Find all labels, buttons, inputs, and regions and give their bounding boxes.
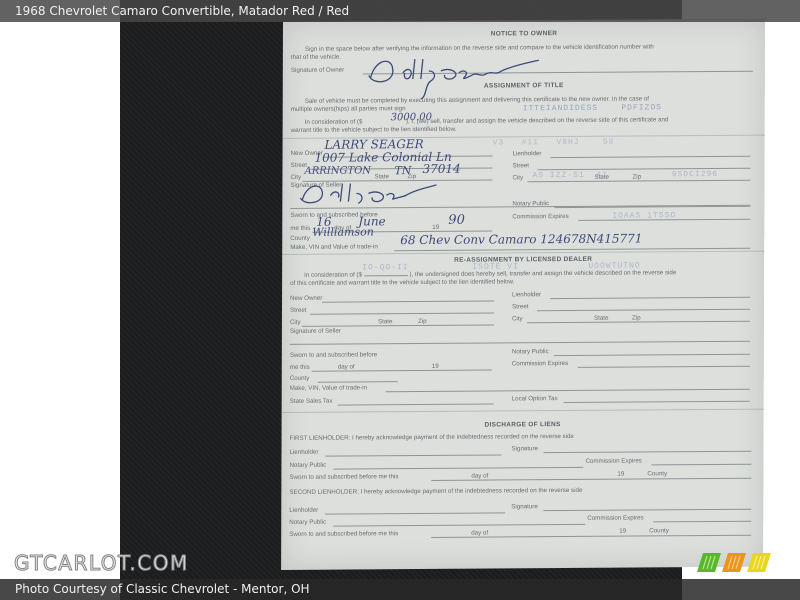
ink-stamp-3: AS IZZ-S1 A1 9SDCI296 (532, 170, 718, 180)
second-lienholder-line (325, 512, 505, 514)
second-sworn-label: Sworn to and subscribed before me this (289, 530, 398, 538)
first-sworn-label: Sworn to and subscribed before me this (289, 473, 398, 481)
reassignment-text-2: of this certificate and warrant title to… (290, 278, 514, 287)
re-local-tax-label: Local Option Tax (512, 395, 558, 402)
re-lien-zip-label: Zip (632, 314, 641, 321)
zip-value: 37014 (422, 162, 460, 176)
discharge-title: DISCHARGE OF LIENS (282, 420, 764, 430)
paper-fold (282, 409, 764, 413)
lien-city-label: City (512, 174, 523, 181)
ink-stamp-4: IOAAS 1TSSO (612, 211, 676, 220)
page-title: 1968 Chevrolet Camaro Convertible, Matad… (15, 4, 349, 18)
first-notary-line (333, 467, 583, 470)
re-seller-signature-line (290, 341, 750, 345)
reassignment-text-1: In consideration of ($ ), the undersigne… (304, 269, 676, 279)
re-sworn-label: Sworn to and subscribed before (290, 351, 377, 359)
re-county-label: County (290, 375, 310, 382)
credit-bar: Photo Courtesy of Classic Chevrolet - Me… (0, 579, 800, 600)
assignment-text-4: warrant title to the vehicle subject to … (291, 126, 457, 134)
re-lienholder-line (550, 297, 750, 299)
second-signature-line (543, 509, 751, 511)
re-new-owner-label: New Owner (290, 295, 322, 302)
document-photo: NOTICE TO OWNER Sign in the space below … (120, 0, 682, 600)
commission-label: Commission Expires (512, 213, 568, 220)
site-logo-icon (697, 553, 773, 572)
lien-city-line (527, 180, 750, 183)
first-signature-line (544, 451, 752, 453)
first-lienholder-text: FIRST LIENHOLDER: I hereby acknowledge p… (290, 433, 574, 442)
make-vin-label: Make, VIN and Value of trade-in (290, 243, 378, 251)
second-commission-label: Commission Expires (587, 514, 643, 521)
first-county-label: County (647, 470, 667, 477)
owner-signature-handwriting (363, 48, 543, 99)
second-lienholder-label: Lienholder (289, 507, 318, 514)
re-city-label: City (290, 319, 301, 326)
re-lien-city-line (527, 321, 750, 324)
lienholder-label: Lienholder (513, 150, 542, 157)
first-commission-label: Commission Expires (585, 457, 641, 464)
lien-street-label: Street (512, 162, 529, 169)
second-notary-line (333, 524, 585, 527)
re-signature-of-seller-label: Signature of Seller (290, 328, 341, 335)
seller-signature-handwriting (296, 179, 476, 210)
first-year-prefix-label: 19 (617, 471, 624, 478)
re-lien-street-label: Street (512, 303, 529, 310)
second-county-label: County (649, 527, 669, 534)
first-commission-line (651, 464, 751, 466)
second-lienholder-text: SECOND LIENHOLDER: I hereby acknowledge … (289, 487, 582, 496)
notary-line (554, 206, 750, 208)
re-me-this-label: me this (290, 364, 310, 371)
second-commission-line (653, 521, 751, 523)
re-commission-line (578, 366, 750, 368)
re-make-vin-label: Make, VIN, Value of trade-in (290, 384, 367, 392)
county-value: Williamson (312, 225, 374, 238)
first-lienholder-line (325, 454, 501, 456)
re-local-tax-line (564, 401, 750, 403)
notice-text-2: that of the vehicle. (291, 54, 341, 61)
re-lien-street-line (537, 309, 750, 311)
re-lien-city-label: City (512, 315, 523, 322)
city-value: ARRINGTON (304, 165, 371, 176)
re-state-tax-line (338, 404, 494, 406)
notary-label: Notary Public (512, 200, 549, 207)
re-new-owner-line (322, 301, 494, 303)
re-commission-label: Commission Expires (512, 360, 568, 367)
photo-credit: Photo Courtesy of Classic Chevrolet - Me… (15, 582, 310, 596)
first-lienholder-label: Lienholder (289, 449, 318, 456)
county-label: County (290, 235, 310, 242)
re-county-line (318, 381, 398, 383)
first-notary-label: Notary Public (289, 462, 326, 469)
re-street-label: Street (290, 307, 307, 314)
second-signature-label: Signature (511, 503, 538, 510)
re-state-tax-label: State Sales Tax (290, 398, 333, 405)
second-notary-label: Notary Public (289, 519, 326, 526)
me-this-label: me this (290, 225, 310, 232)
second-year-prefix-label: 19 (619, 528, 626, 535)
year-prefix-label: 19 (432, 224, 439, 231)
lienholder-line (551, 156, 751, 158)
re-make-vin-line (386, 389, 750, 393)
sale-amount: 3000.00 (391, 112, 432, 123)
re-year-prefix-label: 19 (432, 363, 439, 370)
title-bar: 1968 Chevrolet Camaro Convertible, Matad… (0, 0, 800, 22)
notice-title: NOTICE TO OWNER (283, 29, 765, 39)
owner-signature-label: Signature of Owner (291, 67, 344, 74)
ink-stamp-1: ITTEIANDIDESS PDFIZOS (523, 103, 662, 113)
ink-stamp-2: V3 #11 V8HJ S8 (493, 138, 615, 148)
site-watermark: GTCARLOT.COM (14, 551, 189, 575)
re-city-line (302, 325, 494, 327)
re-notary-label: Notary Public (512, 348, 549, 355)
title-certificate: NOTICE TO OWNER Sign in the space below … (281, 19, 765, 570)
re-lienholder-label: Lienholder (512, 291, 541, 298)
re-notary-line (554, 354, 750, 356)
re-date-line (312, 370, 492, 372)
assignment-text-2: multiple owners(hips) all parties must s… (291, 105, 406, 113)
re-zip-label: Zip (418, 318, 427, 325)
make-vin-value: 68 Chev Conv Camaro 124678N415771 (400, 231, 642, 247)
re-street-line (310, 313, 494, 315)
assignment-text-3: In consideration of ($ ), I, (we) sell, … (305, 116, 669, 126)
first-signature-label: Signature (512, 445, 539, 452)
year-value: 90 (448, 213, 465, 228)
